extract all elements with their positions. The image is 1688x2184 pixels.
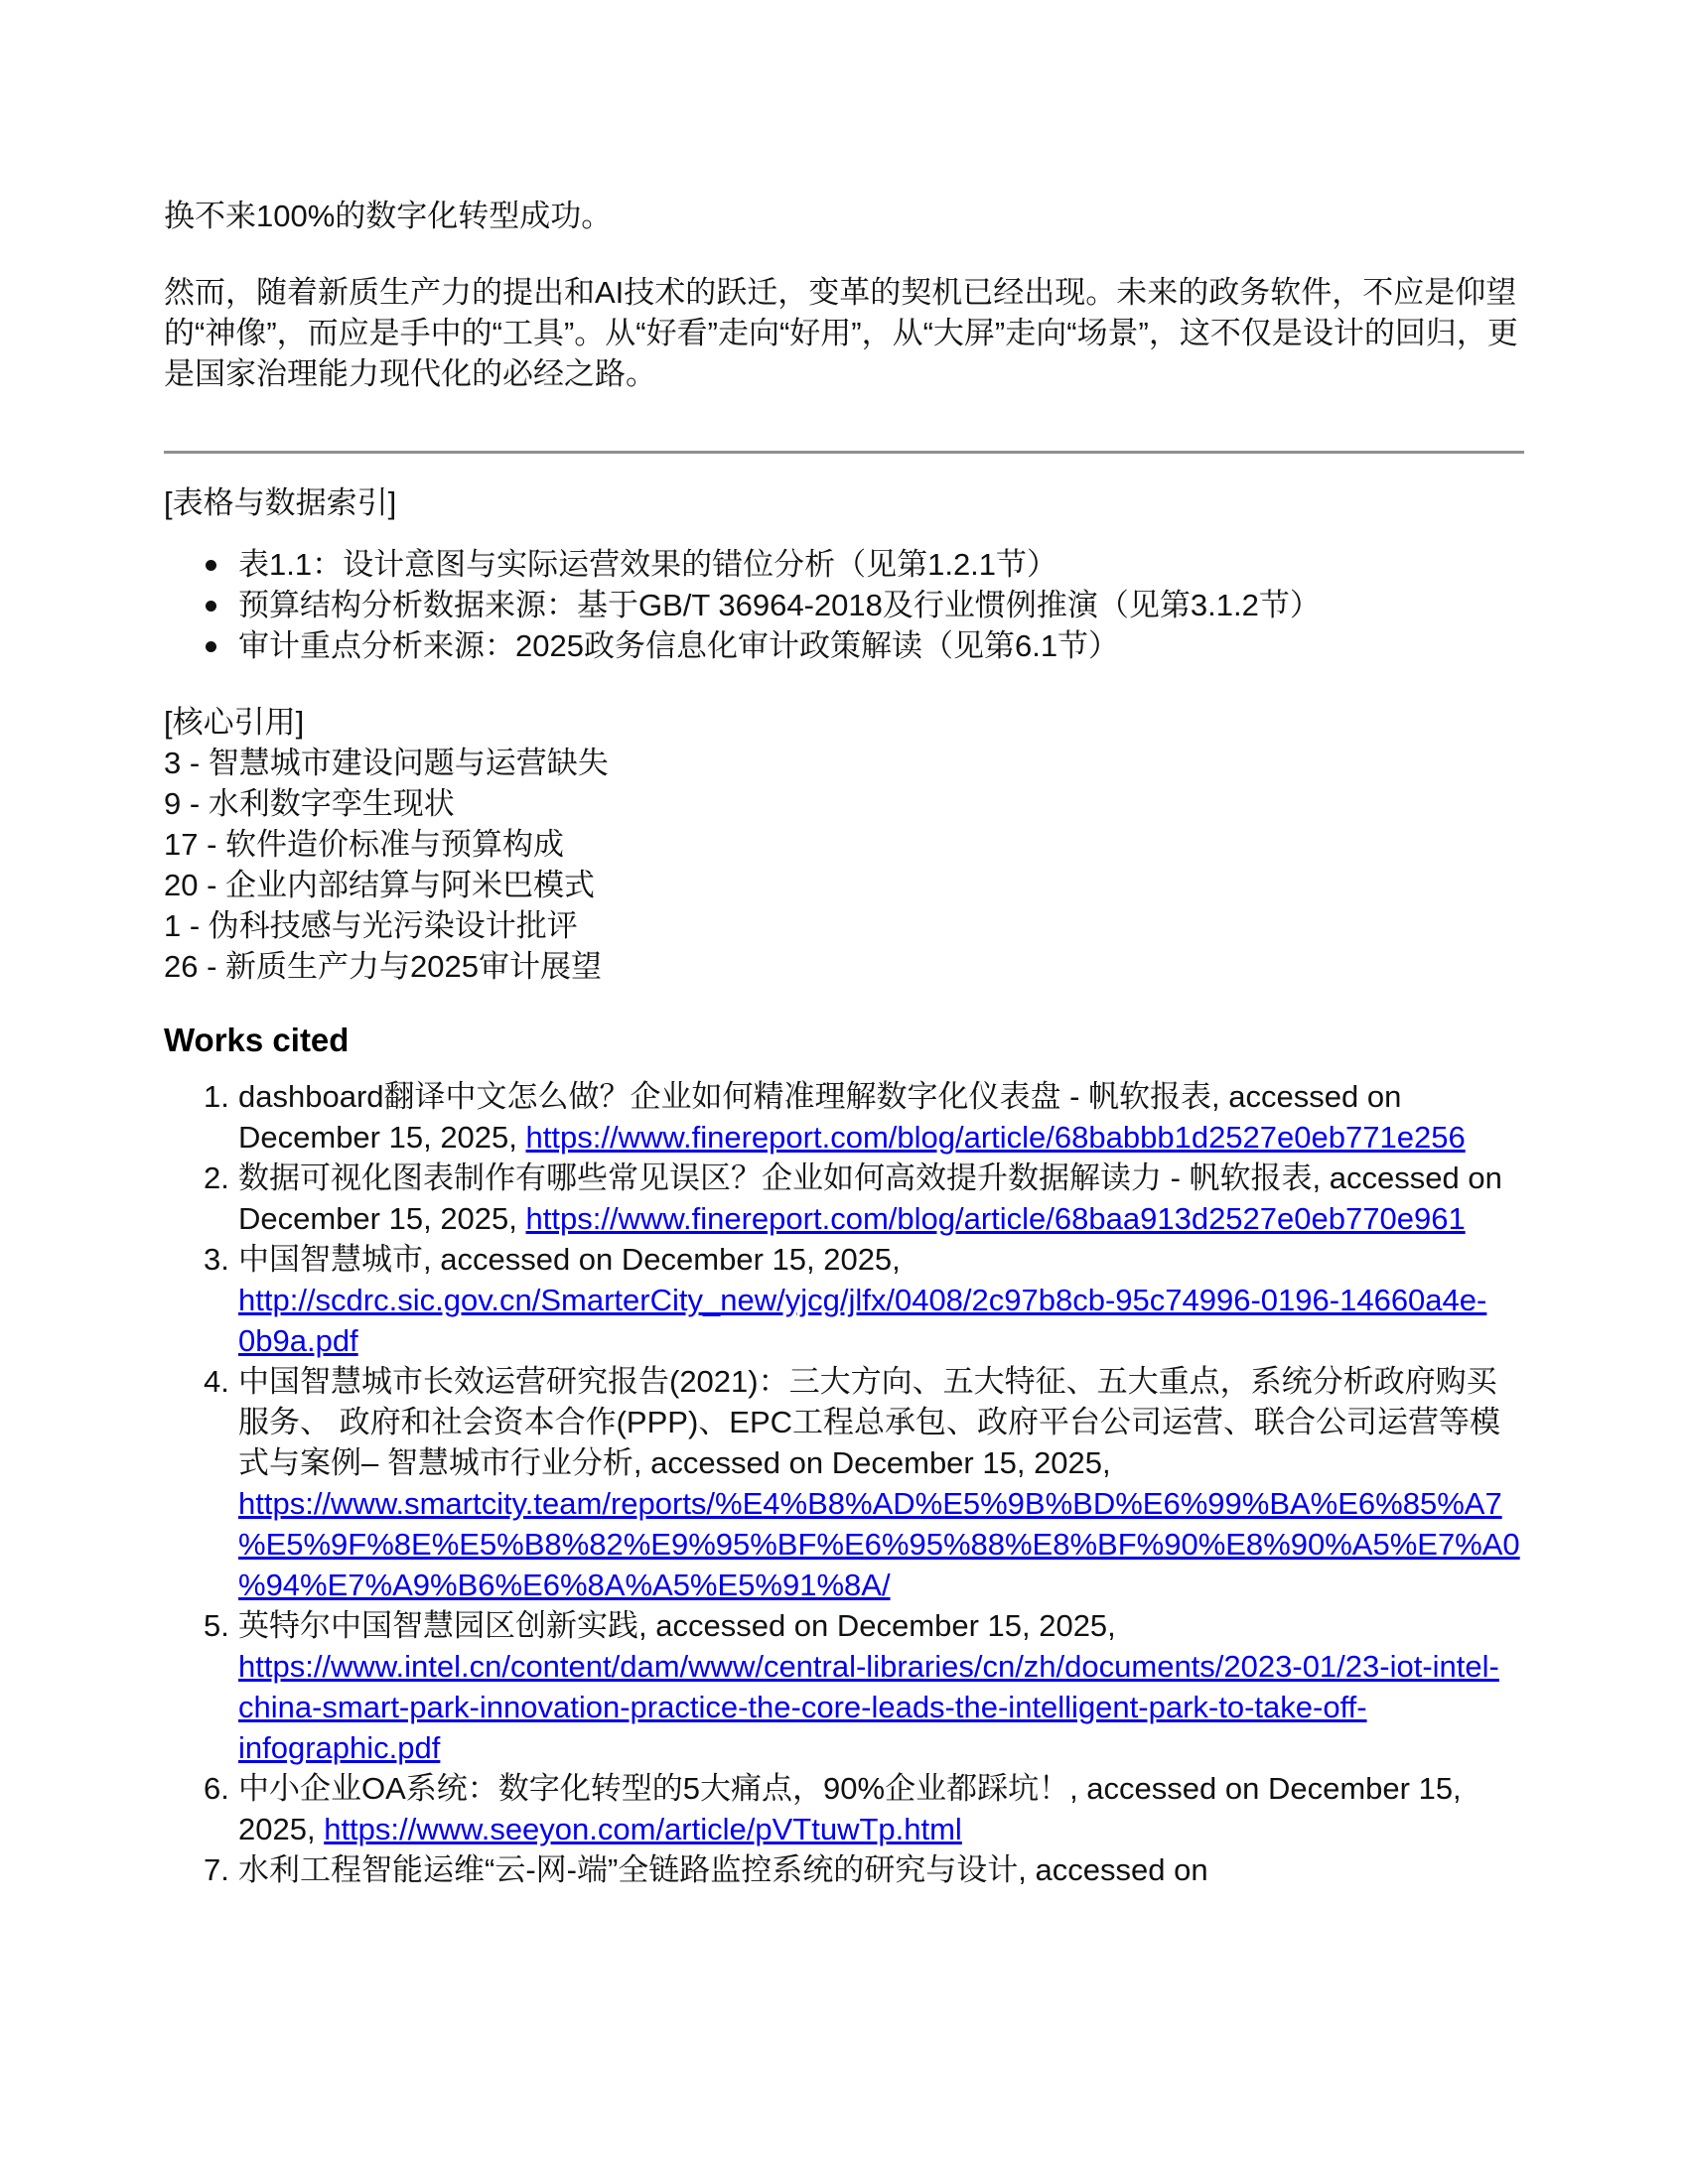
citation-text: 水利工程智能运维“云-网-端”全链路监控系统的研究与设计, accessed o… bbox=[238, 1852, 1208, 1887]
core-citation-line: 17 - 软件造价标准与预算构成 bbox=[164, 824, 1524, 865]
citation-link[interactable]: https://www.smartcity.team/reports/%E4%B… bbox=[238, 1486, 1520, 1602]
works-cited-heading: Works cited bbox=[164, 1020, 1524, 1060]
table-index-item-text: 审计重点分析来源：2025政务信息化审计政策解读（见第6.1节） bbox=[238, 628, 1119, 663]
bullet-icon bbox=[206, 560, 216, 571]
citation-link[interactable]: https://www.finereport.com/blog/article/… bbox=[526, 1201, 1466, 1236]
citation-item: 5.英特尔中国智慧园区创新实践, accessed on December 15… bbox=[164, 1605, 1524, 1768]
citation-number: 2. bbox=[204, 1158, 229, 1198]
table-index-item: 预算结构分析数据来源：基于GB/T 36964-2018及行业惯例推演（见第3.… bbox=[164, 585, 1524, 625]
bullet-icon bbox=[206, 601, 216, 612]
citation-number: 6. bbox=[204, 1768, 229, 1809]
table-index-list: 表1.1：设计意图与实际运营效果的错位分析（见第1.2.1节）预算结构分析数据来… bbox=[164, 544, 1524, 666]
table-index-title: [表格与数据索引] bbox=[164, 482, 1524, 523]
citation-item: 7.水利工程智能运维“云-网-端”全链路监控系统的研究与设计, accessed… bbox=[164, 1849, 1524, 1890]
paragraph: 然而，随着新质生产力的提出和AI技术的跃迁，变革的契机已经出现。未来的政务软件，… bbox=[164, 272, 1524, 394]
core-citations-lines: 3 - 智慧城市建设问题与运营缺失9 - 水利数字孪生现状17 - 软件造价标准… bbox=[164, 743, 1524, 987]
works-cited-list: 1.dashboard翻译中文怎么做？企业如何精准理解数字化仪表盘 - 帆软报表… bbox=[164, 1076, 1524, 1890]
citation-item: 4.中国智慧城市长效运营研究报告(2021)：三大方向、五大特征、五大重点，系统… bbox=[164, 1361, 1524, 1605]
core-citation-line: 26 - 新质生产力与2025审计展望 bbox=[164, 946, 1524, 987]
core-citation-line: 1 - 伪科技感与光污染设计批评 bbox=[164, 905, 1524, 946]
citation-text: 中国智慧城市长效运营研究报告(2021)：三大方向、五大特征、五大重点，系统分析… bbox=[238, 1364, 1500, 1480]
bullet-icon bbox=[206, 641, 216, 652]
citation-number: 7. bbox=[204, 1849, 229, 1890]
core-citations-block: [核心引用] 3 - 智慧城市建设问题与运营缺失9 - 水利数字孪生现状17 -… bbox=[164, 702, 1524, 987]
citation-item: 6.中小企业OA系统：数字化转型的5大痛点，90%企业都踩坑！, accesse… bbox=[164, 1768, 1524, 1849]
table-index-item-text: 表1.1：设计意图与实际运营效果的错位分析（见第1.2.1节） bbox=[238, 547, 1057, 582]
paragraph: 换不来100%的数字化转型成功。 bbox=[164, 196, 1524, 236]
citation-text: 中国智慧城市, accessed on December 15, 2025, bbox=[238, 1242, 901, 1277]
core-citations-title: [核心引用] bbox=[164, 702, 1524, 743]
citation-number: 4. bbox=[204, 1361, 229, 1402]
core-citation-line: 9 - 水利数字孪生现状 bbox=[164, 783, 1524, 824]
citation-number: 5. bbox=[204, 1605, 229, 1646]
citation-number: 3. bbox=[204, 1239, 229, 1280]
citation-text: 英特尔中国智慧园区创新实践, accessed on December 15, … bbox=[238, 1608, 1116, 1643]
table-index-item-text: 预算结构分析数据来源：基于GB/T 36964-2018及行业惯例推演（见第3.… bbox=[238, 588, 1321, 622]
citation-item: 3.中国智慧城市, accessed on December 15, 2025,… bbox=[164, 1239, 1524, 1361]
citation-number: 1. bbox=[204, 1076, 229, 1117]
citation-item: 2.数据可视化图表制作有哪些常见误区？企业如何高效提升数据解读力 - 帆软报表,… bbox=[164, 1158, 1524, 1239]
core-citation-line: 20 - 企业内部结算与阿米巴模式 bbox=[164, 865, 1524, 905]
table-index-item: 审计重点分析来源：2025政务信息化审计政策解读（见第6.1节） bbox=[164, 625, 1524, 666]
citation-link[interactable]: https://www.intel.cn/content/dam/www/cen… bbox=[238, 1649, 1499, 1765]
citation-link[interactable]: http://scdrc.sic.gov.cn/SmarterCity_new/… bbox=[238, 1283, 1486, 1358]
core-citation-line: 3 - 智慧城市建设问题与运营缺失 bbox=[164, 743, 1524, 783]
horizontal-rule bbox=[164, 451, 1524, 454]
citation-link[interactable]: https://www.finereport.com/blog/article/… bbox=[526, 1120, 1466, 1155]
citation-link[interactable]: https://www.seeyon.com/article/pVTtuwTp.… bbox=[324, 1812, 962, 1846]
citation-item: 1.dashboard翻译中文怎么做？企业如何精准理解数字化仪表盘 - 帆软报表… bbox=[164, 1076, 1524, 1158]
table-index-item: 表1.1：设计意图与实际运营效果的错位分析（见第1.2.1节） bbox=[164, 544, 1524, 585]
document-page: 换不来100%的数字化转型成功。 然而，随着新质生产力的提出和AI技术的跃迁，变… bbox=[0, 0, 1688, 2184]
